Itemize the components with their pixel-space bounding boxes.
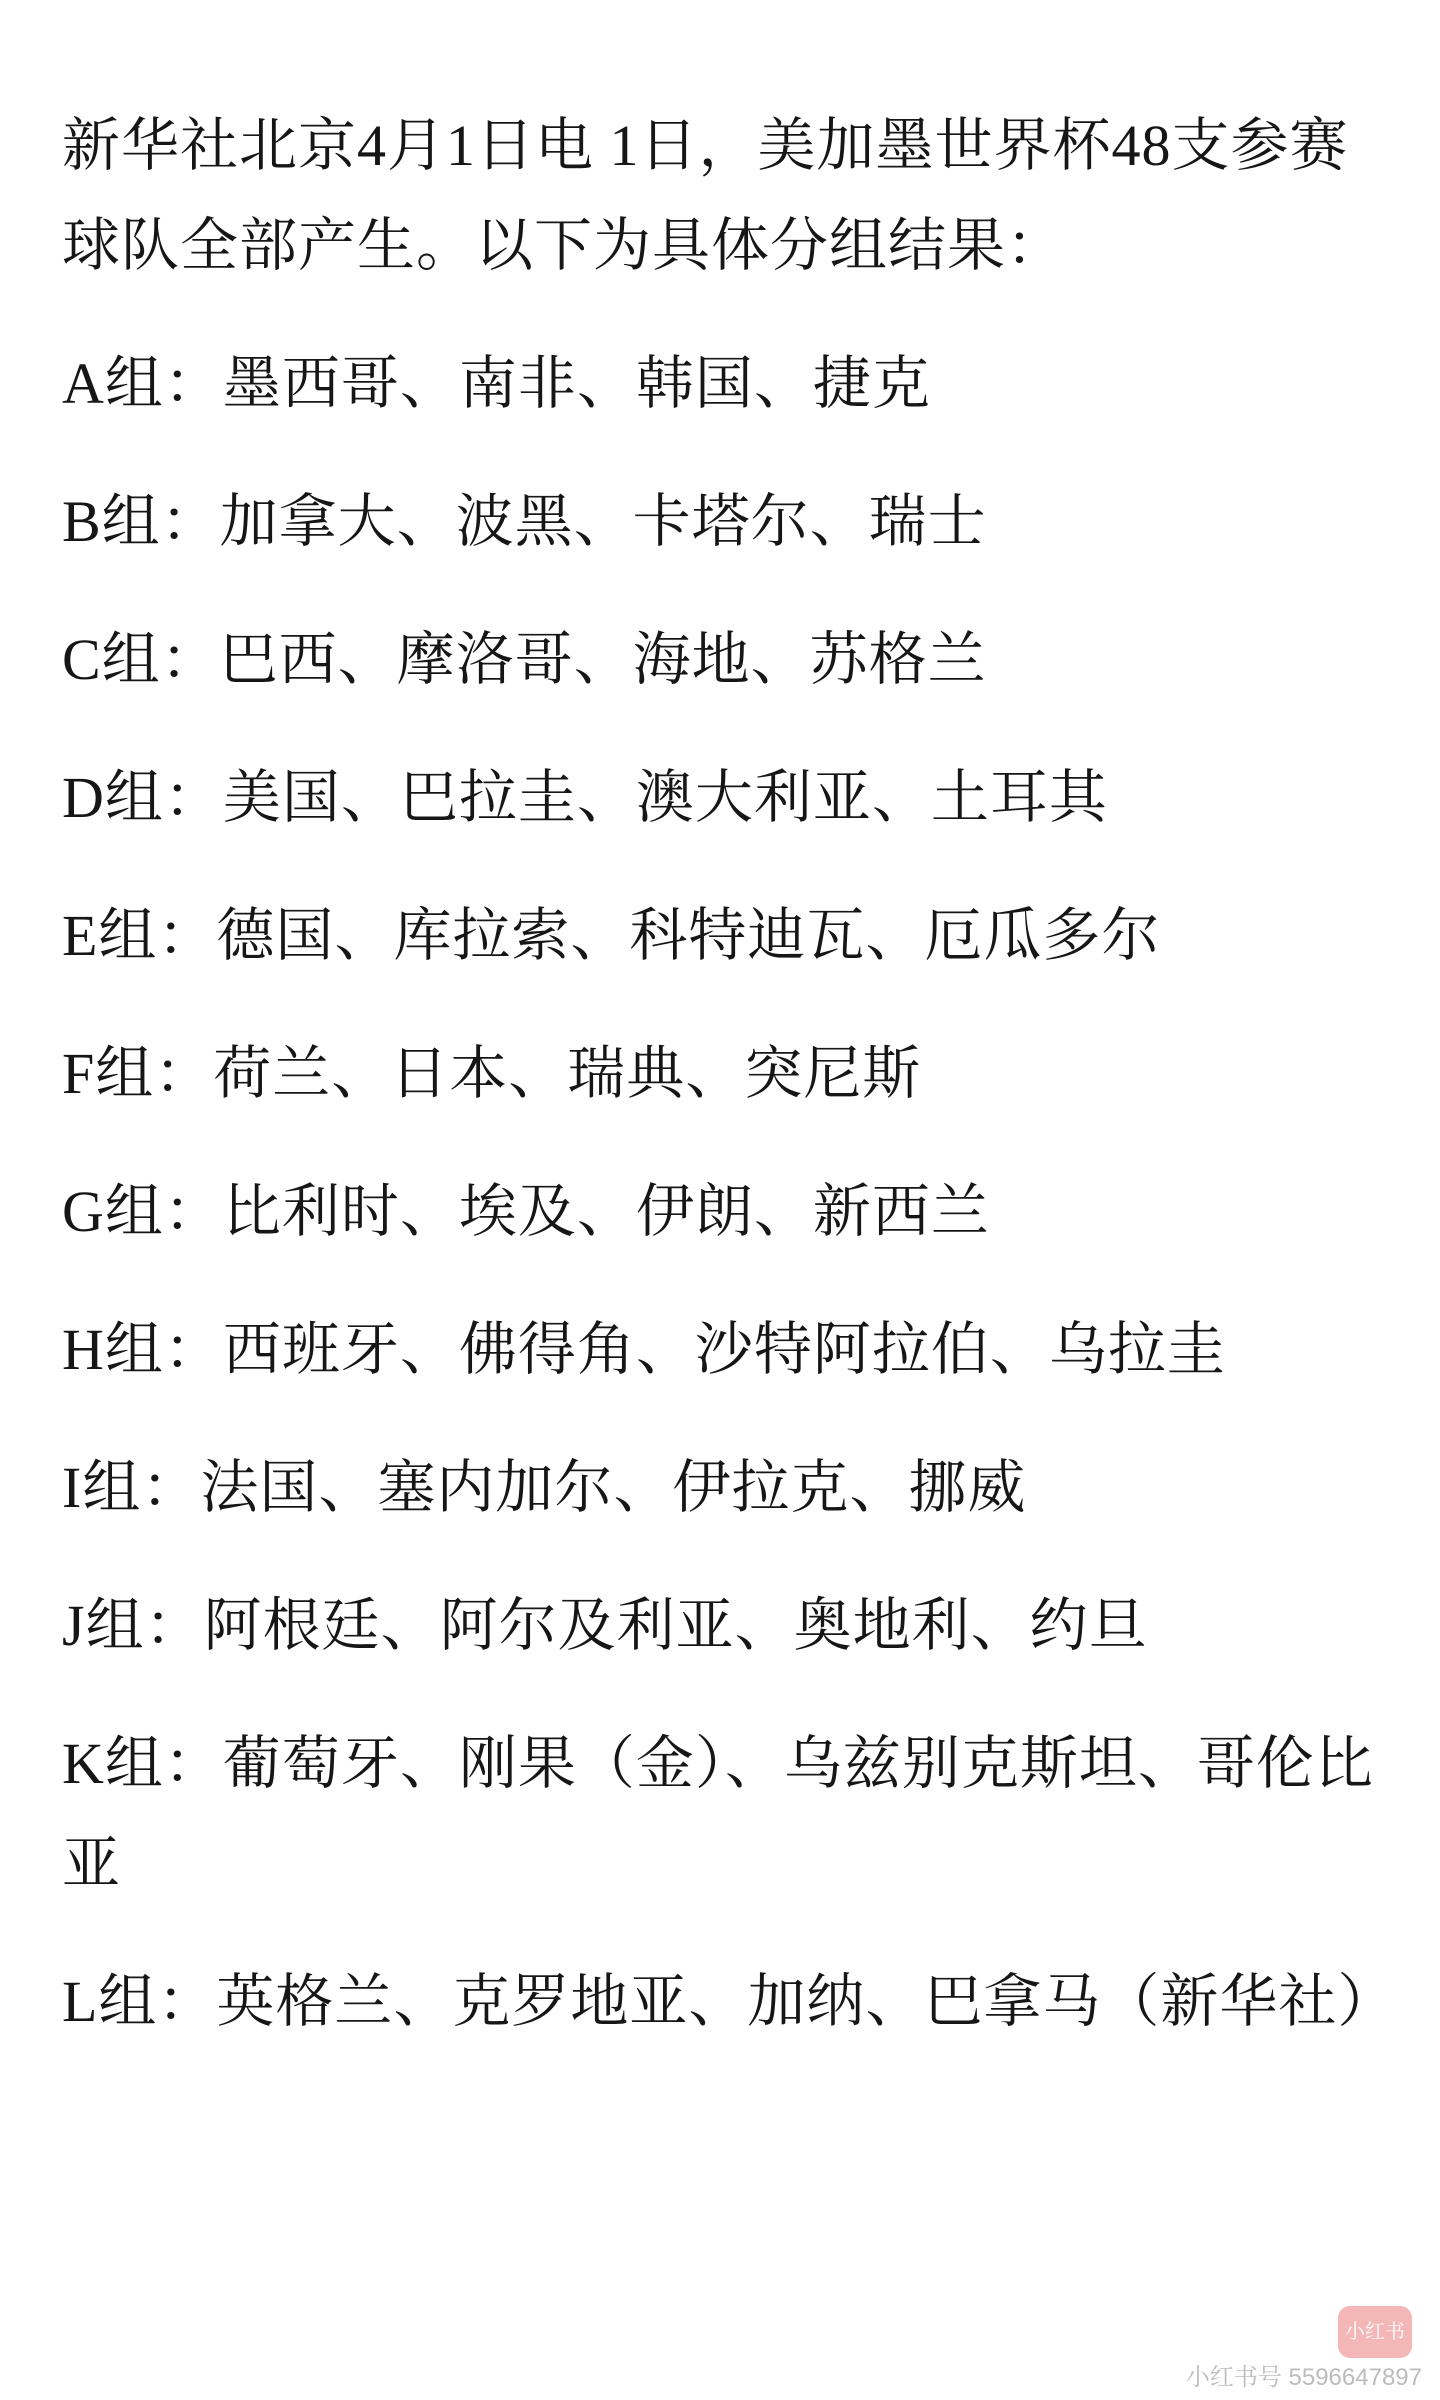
watermark: 小红书 小红书号 5596647897	[1186, 2306, 1426, 2392]
group-list: A组：墨西哥、南非、韩国、捷克B组：加拿大、波黑、卡塔尔、瑞士C组：巴西、摩洛哥…	[62, 334, 1380, 2052]
group-line: K组：葡萄牙、刚果（金）、乌兹别克斯坦、哥伦比亚	[62, 1714, 1380, 1914]
group-line: C组：巴西、摩洛哥、海地、苏格兰	[62, 610, 1380, 710]
group-line: B组：加拿大、波黑、卡塔尔、瑞士	[62, 472, 1380, 572]
group-line: H组：西班牙、佛得角、沙特阿拉伯、乌拉圭	[62, 1300, 1380, 1400]
group-line: E组：德国、库拉索、科特迪瓦、厄瓜多尔	[62, 886, 1380, 986]
xiaohongshu-id-text: 小红书号 5596647897	[1186, 2364, 1426, 2392]
group-line: L组：英格兰、克罗地亚、加纳、巴拿马（新华社）	[62, 1952, 1380, 2052]
xiaohongshu-logo: 小红书	[1338, 2306, 1412, 2358]
group-line: J组：阿根廷、阿尔及利亚、奥地利、约旦	[62, 1576, 1380, 1676]
group-line: F组：荷兰、日本、瑞典、突尼斯	[62, 1024, 1380, 1124]
group-line: D组：美国、巴拉圭、澳大利亚、土耳其	[62, 748, 1380, 848]
group-line: G组：比利时、埃及、伊朗、新西兰	[62, 1162, 1380, 1262]
article-intro: 新华社北京4月1日电 1日，美加墨世界杯48支参赛球队全部产生。以下为具体分组结…	[62, 96, 1380, 296]
group-line: A组：墨西哥、南非、韩国、捷克	[62, 334, 1380, 434]
group-line: I组：法国、塞内加尔、伊拉克、挪威	[62, 1438, 1380, 1538]
article-page: 新华社北京4月1日电 1日，美加墨世界杯48支参赛球队全部产生。以下为具体分组结…	[0, 0, 1440, 2400]
